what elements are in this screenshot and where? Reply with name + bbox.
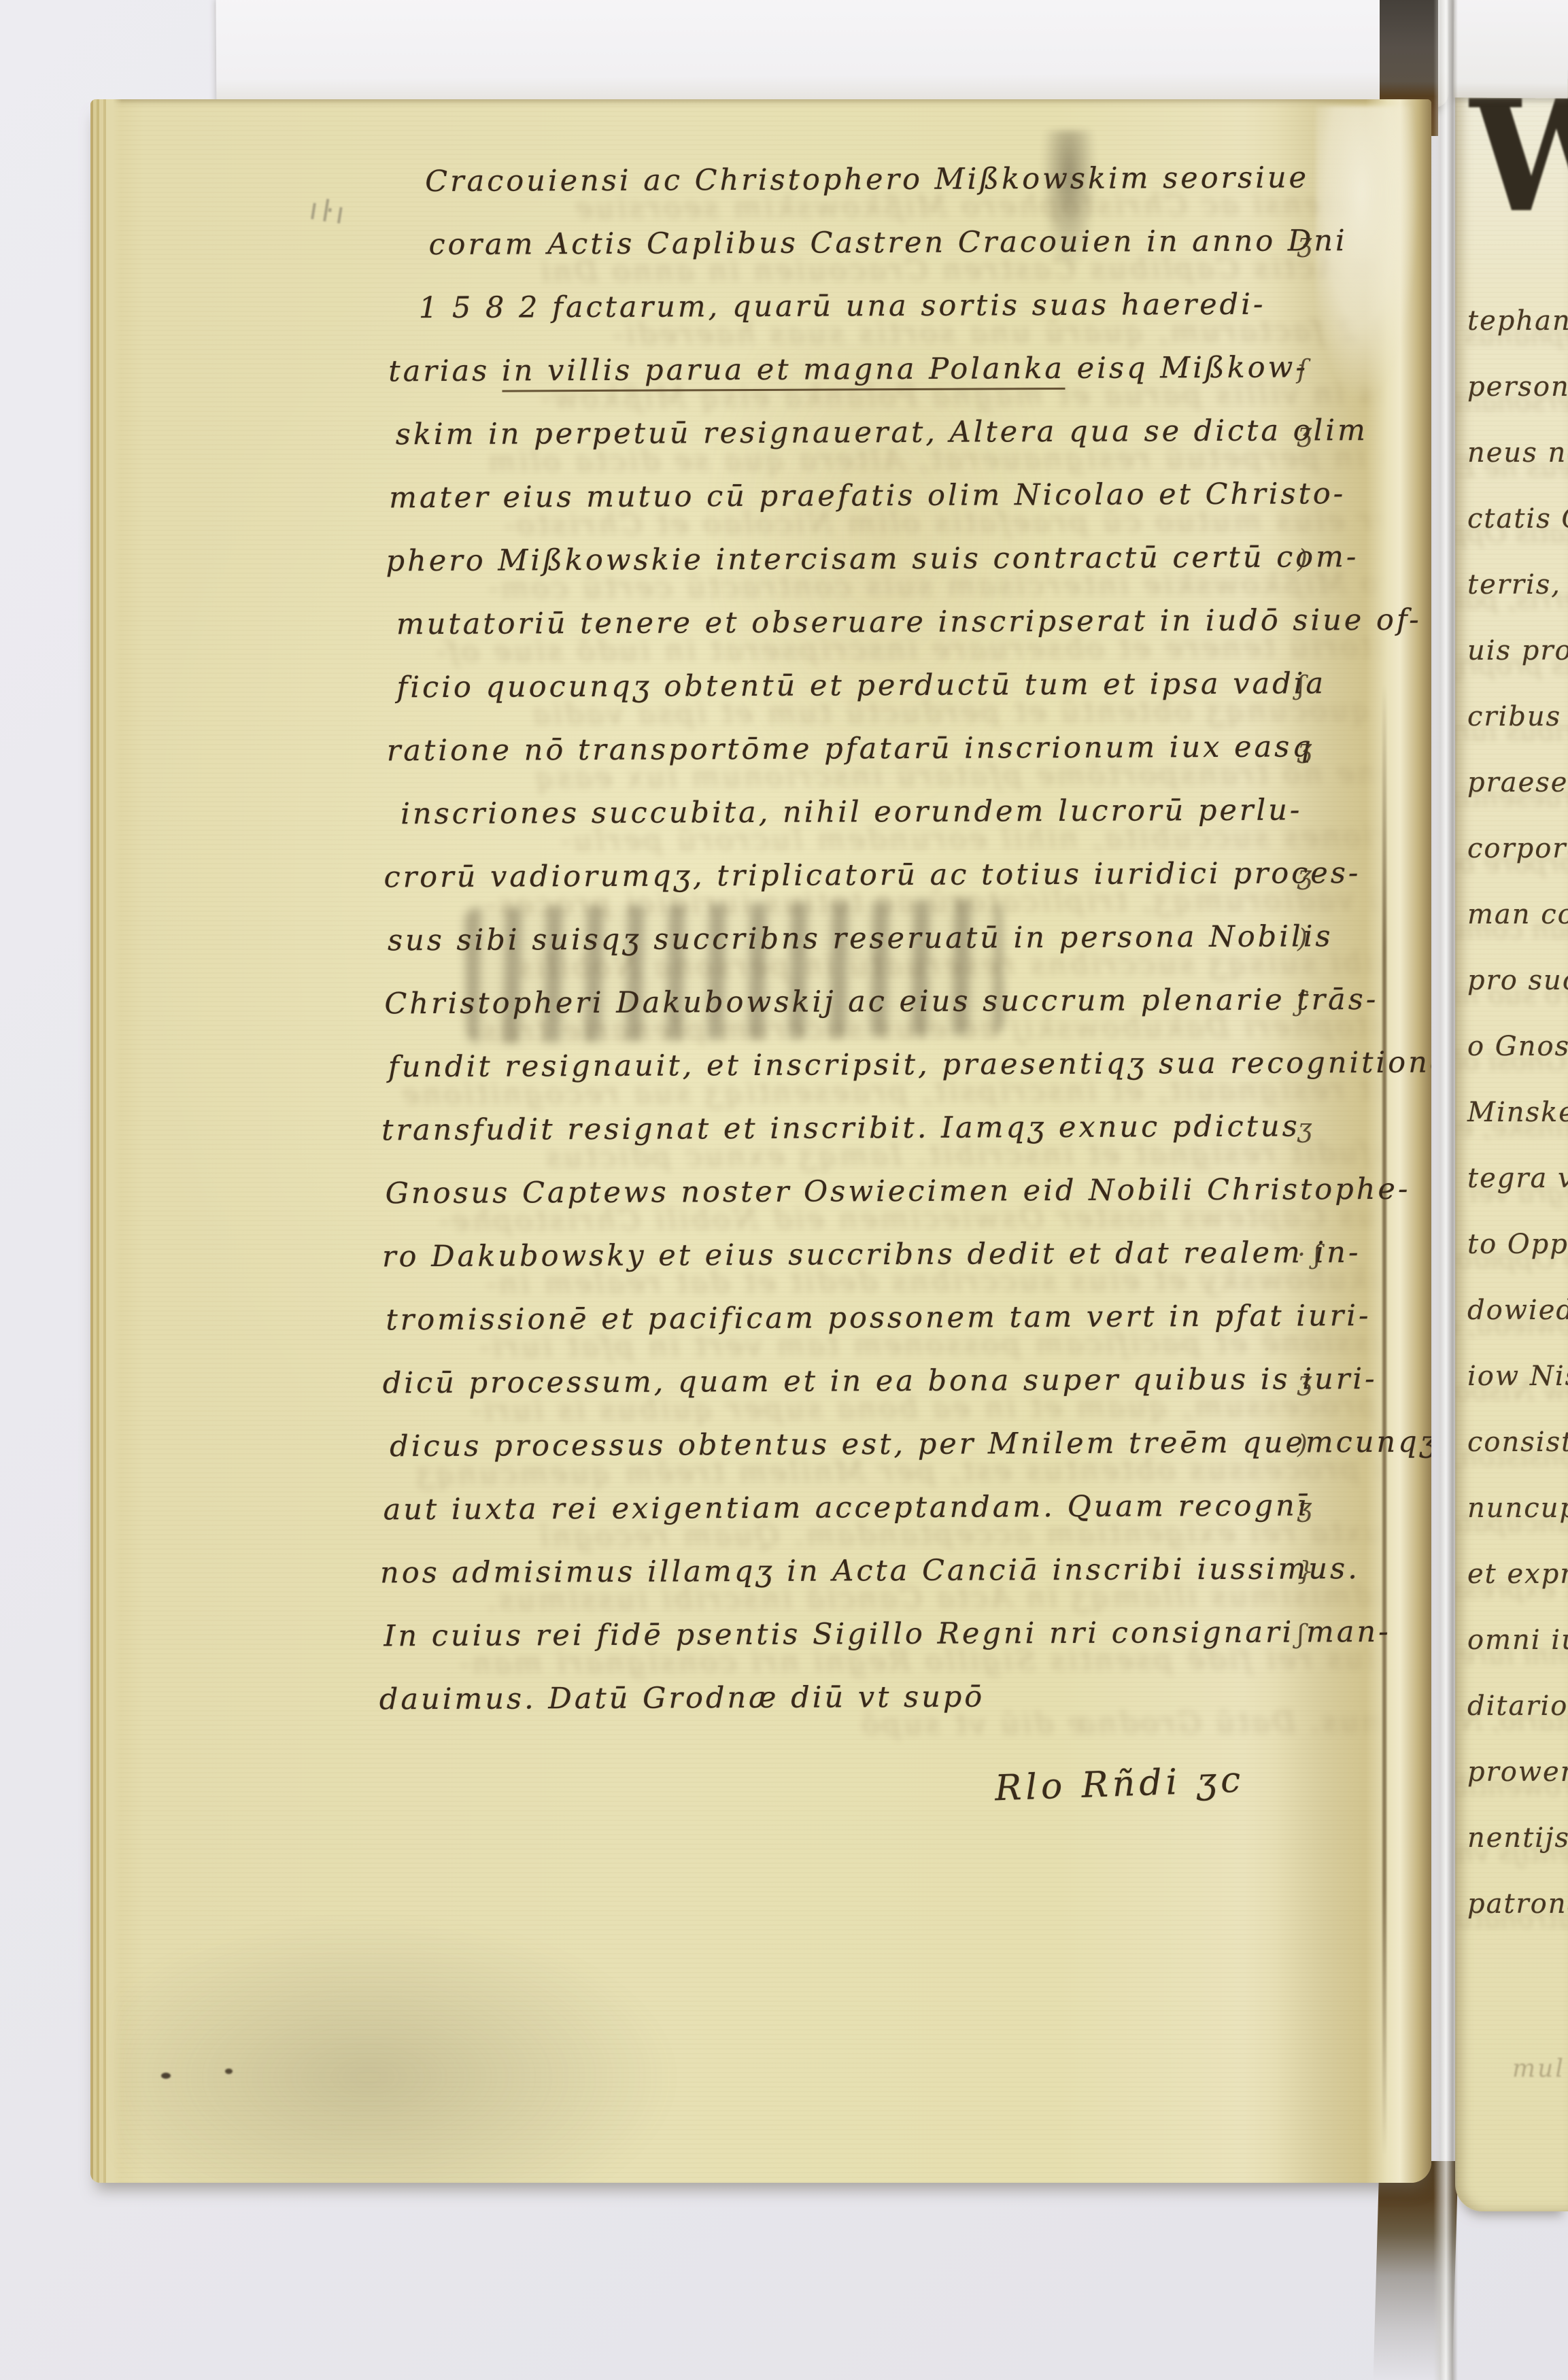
line-text: tarias xyxy=(388,354,502,389)
manuscript-line: ficio quocunqʒ obtentū et perductū tum e… xyxy=(396,652,1431,720)
margin-flourish: ʒ xyxy=(1297,1350,1379,1413)
line-text: transfudit resignat et inscribit. Iamqʒ … xyxy=(381,1109,1300,1147)
fragment-line: ctatis Oppid xyxy=(1467,486,1568,552)
line-text: Christopheri Dakubowskij ac eius succrum… xyxy=(384,983,1378,1021)
manuscript-line: transfudit resignat et inscribit. Iamqʒ … xyxy=(381,1095,1431,1163)
ink-dot xyxy=(225,2069,233,2074)
fragment-line: terris, palatin xyxy=(1467,552,1568,618)
interleaf-sheet xyxy=(216,0,1448,116)
underlined-text: in villis parua et magna Polanka xyxy=(502,352,1065,392)
line-text: phero Mißkowskie intercisam suis contrac… xyxy=(386,540,1359,578)
subscription-line: Rlo Rñdi ʒc xyxy=(994,1760,1245,1809)
line-text: crorū vadiorumqʒ, triplicatorū ac totius… xyxy=(384,856,1361,894)
manuscript-line: Christopheri Dakubowskij ac eius succrum… xyxy=(384,968,1431,1036)
line-text-after: eisq Mißkow- xyxy=(1065,350,1308,386)
line-text: ratione nō transportōme pfatarū inscrion… xyxy=(387,730,1314,768)
margin-flourish: ʒ xyxy=(1297,1476,1379,1540)
fragment-line: personaliter co xyxy=(1467,354,1568,420)
fragment-line: man comun xyxy=(1467,882,1568,948)
margin-flourishes: ʒ ſ ʒ ) ʃ ʒ ʒ ) xyxy=(1297,148,1379,1729)
line-text: dicus processus obtentus est, per Mnilem… xyxy=(390,1425,1431,1464)
fragment-line: et express xyxy=(1467,1542,1568,1608)
margin-flourish: ʒ xyxy=(1297,401,1379,464)
line-text: Cracouiensi ac Christophero Mißkowskim s… xyxy=(425,160,1309,199)
illuminated-initial: W xyxy=(1470,79,1568,247)
right-page: tephanus rc personaliter co neus ne Erbe… xyxy=(1455,79,1568,2211)
line-text: tromissionē et pacificam possonem tam ve… xyxy=(386,1299,1371,1337)
manuscript-line: nos admisimus illamqʒ in Acta Canciā ins… xyxy=(380,1537,1431,1605)
margin-flourish xyxy=(1297,1034,1379,1097)
faint-ink-mark: mul xyxy=(1512,2055,1565,2083)
manuscript-line: crorū vadiorumqʒ, triplicatorū ac totius… xyxy=(384,842,1431,910)
margin-flourish: · ʃ xyxy=(1297,1223,1379,1287)
line-text: In cuius rei fidē psentis Sigillo Regni … xyxy=(384,1615,1391,1653)
margin-flourish xyxy=(1297,1287,1379,1350)
margin-flourish: ʒ xyxy=(1297,717,1379,781)
manuscript-line: ro Dakubowsky et eius succribns dedit et… xyxy=(382,1221,1431,1289)
margin-flourish: ) xyxy=(1297,1413,1379,1476)
fragment-line: Minske, et e xyxy=(1467,1080,1568,1146)
interleaf-sheet-right xyxy=(1453,0,1568,99)
line-text: 1 5 8 2 factarum, quarū una sortis suas … xyxy=(419,288,1266,325)
margin-flourish xyxy=(1297,591,1379,654)
manuscript-line: tarias in villis parua et magna Polanka … xyxy=(388,336,1431,404)
fragment-line: o Gnosi oln xyxy=(1467,1014,1568,1080)
margin-flourish: ʃ xyxy=(1297,1603,1379,1666)
right-page-text-fragments: tephanus rc personaliter co neus ne Erbe… xyxy=(1467,288,1568,1937)
plexiglass-edge xyxy=(1433,0,1458,2380)
manuscript-line: 1 5 8 2 factarum, quarū una sortis suas … xyxy=(419,273,1431,341)
ink-dot xyxy=(161,2073,171,2079)
line-text: skim in perpetuū resignauerat, Altera qu… xyxy=(396,413,1368,452)
margin-flourish: ʃ xyxy=(1297,970,1379,1034)
manuscript-line: coram Actis Caplibus Castren Cracouien i… xyxy=(428,209,1431,277)
margin-flourish xyxy=(1297,1160,1379,1223)
margin-flourish xyxy=(1297,148,1379,211)
fragment-line: consiston, et xyxy=(1467,1410,1568,1476)
manuscript-line: dicus processus obtentus est, per Mnilem… xyxy=(390,1411,1431,1479)
fragment-line: neus ne Erbep xyxy=(1467,420,1568,486)
fragment-line: uis proprijs et xyxy=(1467,618,1568,684)
line-text: sus sibi suisqʒ succribns reseruatū in p… xyxy=(388,919,1333,957)
line-text: Gnosus Captews noster Oswiecimen eid Nob… xyxy=(386,1172,1411,1211)
fragment-line: tephanus rc xyxy=(1467,288,1568,354)
manuscript-line: aut iuxta rei exigentiam acceptandam. Qu… xyxy=(383,1474,1431,1542)
margin-flourish: ʒ xyxy=(1297,1097,1379,1160)
fragment-line: cribus iuris s xyxy=(1467,684,1568,750)
manuscript-line: tromissionē et pacificam possonem tam ve… xyxy=(386,1285,1431,1353)
line-text: aut iuxta rei exigentiam acceptandam. Qu… xyxy=(384,1489,1310,1527)
margin-flourish: ſ xyxy=(1297,338,1379,401)
manuscript-line: Gnosus Captews noster Oswiecimen eid Nob… xyxy=(385,1158,1431,1226)
margin-flourish: ) xyxy=(1297,907,1379,970)
line-text: dauimus. Datū Grodnæ diū vt supō xyxy=(379,1680,985,1717)
fragment-line: omni iure xyxy=(1467,1608,1568,1673)
manuscript-line: fundit resignauit, et inscripsit, praese… xyxy=(388,1032,1431,1100)
margin-flourish xyxy=(1297,781,1379,844)
line-text: ro Dakubowsky et eius succribns dedit et… xyxy=(382,1236,1361,1274)
manuscript-line: mutatoriū tenere et obseruare inscripser… xyxy=(396,589,1431,657)
fragment-line: nuncupata, xyxy=(1467,1476,1568,1542)
manuscript-line: ratione nō transportōme pfatarū inscrion… xyxy=(387,715,1431,783)
manuscript-line: dicū processum, quam et in ea bona super… xyxy=(383,1348,1431,1416)
manuscript-line: mater eius mutuo cū praefatis olim Nicol… xyxy=(389,462,1431,530)
line-text: dicū processum, quam et in ea bona super… xyxy=(383,1362,1378,1400)
manuscript-line: skim in perpetuū resignauerat, Altera qu… xyxy=(396,399,1431,467)
fragment-line: praesentis in xyxy=(1467,750,1568,816)
line-text: mater eius mutuo cū praefatis olim Nicol… xyxy=(389,477,1346,515)
fragment-line: tegra vei xyxy=(1467,1146,1568,1212)
margin-flourish xyxy=(1297,1666,1379,1729)
manuscript-text-block: Cracouiensi ac Christophero Mißkowskim s… xyxy=(373,146,1431,1732)
margin-flourish: } xyxy=(1297,1540,1379,1603)
left-page: Cracouiensi ac Christophero Mißkowskim s… xyxy=(90,99,1431,2183)
fragment-line: prowentibus xyxy=(1467,1739,1568,1805)
margin-pencil-mark: ıŀı xyxy=(307,192,351,232)
fragment-line: pro suo nit xyxy=(1467,948,1568,1014)
margin-flourish xyxy=(1297,464,1379,528)
line-text: inscriones succubita, nihil eorundem luc… xyxy=(400,793,1302,831)
line-text: nos admisimus illamqʒ in Acta Canciā ins… xyxy=(380,1552,1360,1590)
manuscript-line: Cracouiensi ac Christophero Mißkowskim s… xyxy=(425,146,1431,214)
fragment-line: ditario, N xyxy=(1467,1673,1568,1739)
manuscript-line: inscriones succubita, nihil eorundem luc… xyxy=(400,779,1431,847)
fragment-line: patronatus xyxy=(1467,1871,1568,1937)
margin-flourish: ʒ xyxy=(1297,211,1379,275)
fragment-line: to Oppido xyxy=(1467,1212,1568,1278)
manuscript-line: dauimus. Datū Grodnæ diū vt supō xyxy=(379,1664,1431,1732)
margin-flourish: ʃ xyxy=(1297,654,1379,717)
fragment-line: corpore bene xyxy=(1467,816,1568,882)
line-text: ficio quocunqʒ obtentū et perductū tum e… xyxy=(396,666,1326,704)
manuscript-line: In cuius rei fidē psentis Sigillo Regni … xyxy=(384,1601,1431,1669)
line-text: mutatoriū tenere et obseruare inscripser… xyxy=(396,603,1422,642)
bottom-left-stain xyxy=(115,1916,679,2183)
margin-flourish xyxy=(1297,275,1379,338)
manuscript-line: sus sibi suisqʒ succribns reseruatū in p… xyxy=(388,905,1431,973)
fragment-line: nentijs vni xyxy=(1467,1805,1568,1871)
line-text: coram Actis Caplibus Castren Cracouien i… xyxy=(428,224,1347,262)
manuscript-photo: Cracouiensi ac Christophero Mißkowskim s… xyxy=(0,0,1568,2380)
fragment-line: iow Nisbor xyxy=(1467,1344,1568,1410)
line-text: fundit resignauit, et inscripsit, praese… xyxy=(388,1046,1431,1085)
fragment-line: dowieda, d xyxy=(1467,1278,1568,1344)
manuscript-line: phero Mißkowskie intercisam suis contrac… xyxy=(386,526,1431,594)
margin-flourish: ʒ xyxy=(1297,844,1379,907)
margin-flourish: ) xyxy=(1297,528,1379,591)
